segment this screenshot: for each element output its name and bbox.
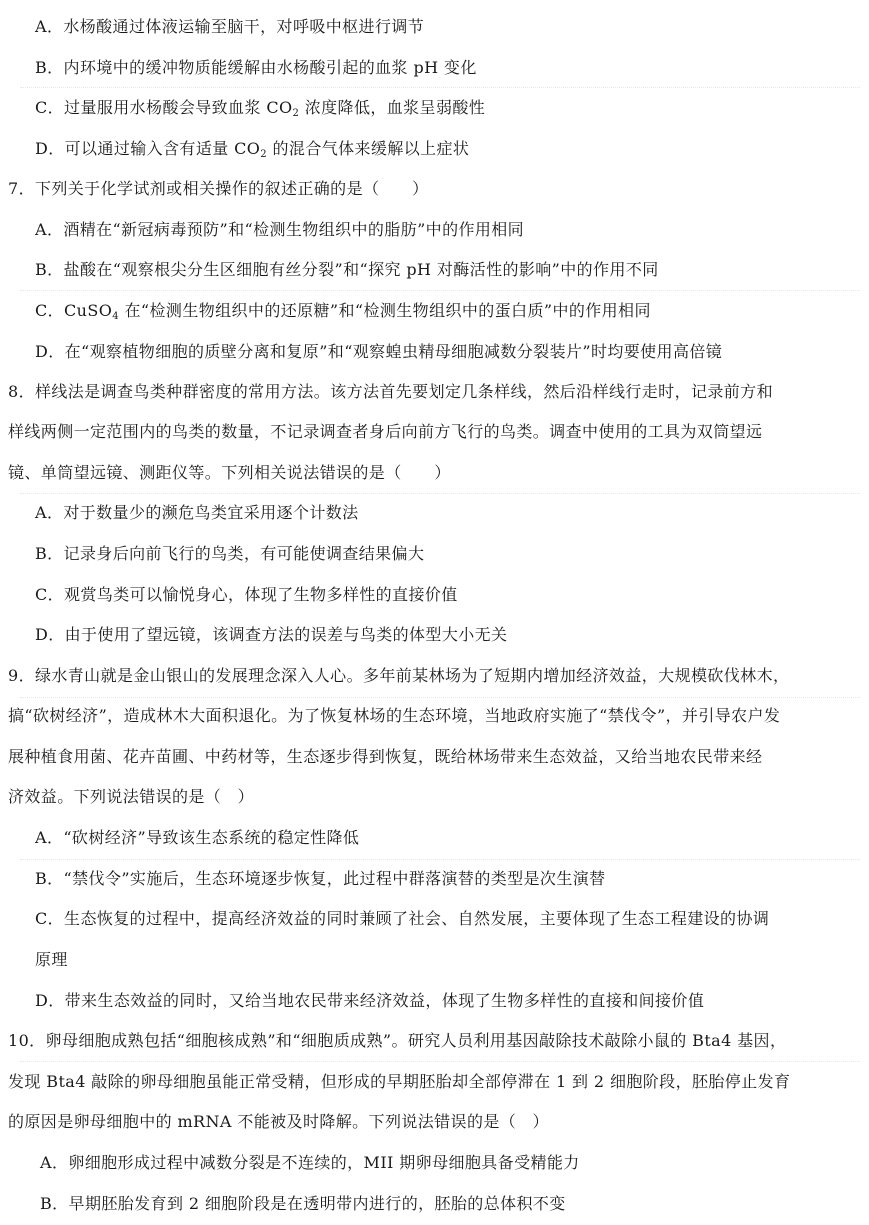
q6-option-b: B．内环境中的缓冲物质能缓解由水杨酸引起的血浆 pH 变化 bbox=[35, 58, 477, 78]
q6-option-c-text: 浓度降低，血浆呈弱酸性 bbox=[299, 98, 485, 117]
q9-option-b: B．“禁伐令”实施后，生态环境逐步恢复，此过程中群落演替的类型是次生演替 bbox=[35, 869, 606, 889]
q8-stem-line: 8．样线法是调查鸟类种群密度的常用方法。该方法首先要划定几条样线，然后沿样线行走… bbox=[8, 382, 773, 402]
q6-option-c: C．过量服用水杨酸会导致血浆 CO2 浓度降低，血浆呈弱酸性 bbox=[35, 98, 485, 118]
q7-option-b: B．盐酸在“观察根尖分生区细胞有丝分裂”和“探究 pH 对酶活性的影响”中的作用… bbox=[35, 260, 659, 280]
q10-stem-line: 发现 Bta4 敲除的卵母细胞虽能正常受精，但形成的早期胚胎却全部停滞在 1 到… bbox=[8, 1072, 790, 1092]
q8-option-a: A．对于数量少的濒危鸟类宜采用逐个计数法 bbox=[35, 503, 359, 523]
q9-option-c-continued: 原理 bbox=[35, 950, 68, 970]
q9-stem-line: 展种植食用菌、花卉苗圃、中药材等，生态逐步得到恢复，既给林场带来生态效益，又给当… bbox=[8, 747, 762, 767]
q9-option-c: C．生态恢复的过程中，提高经济效益的同时兼顾了社会、自然发展，主要体现了生态工程… bbox=[35, 909, 769, 929]
q9-stem-line: 搞“砍树经济”，造成林木大面积退化。为了恢复林场的生态环境，当地政府实施了“禁伐… bbox=[8, 706, 780, 726]
scan-separator bbox=[20, 1061, 860, 1062]
q7-option-c-text: C．CuSO bbox=[35, 301, 112, 320]
q8-option-d: D．由于使用了望远镜，该调查方法的误差与鸟类的体型大小无关 bbox=[35, 625, 507, 645]
scan-separator bbox=[20, 87, 860, 88]
scan-separator bbox=[20, 290, 860, 291]
q10-stem-line: 的原因是卵母细胞中的 mRNA 不能被及时降解。下列说法错误的是（ ） bbox=[8, 1112, 549, 1132]
q8-option-b: B．记录身后向前飞行的鸟类，有可能使调查结果偏大 bbox=[35, 544, 424, 564]
q8-stem-line: 样线两侧一定范围内的鸟类的数量，不记录调查者身后向前方飞行的鸟类。调查中使用的工… bbox=[8, 422, 762, 442]
q10-option-b: B．早期胚胎发育到 2 细胞阶段是在透明带内进行的，胚胎的总体积不变 bbox=[40, 1194, 566, 1214]
q6-option-d: D．可以通过输入含有适量 CO2 的混合气体来缓解以上症状 bbox=[35, 139, 469, 159]
q10-option-a: A．卵细胞形成过程中减数分裂是不连续的，MII 期卵母细胞具备受精能力 bbox=[40, 1153, 580, 1173]
q9-stem-line: 济效益。下列说法错误的是（ ） bbox=[8, 787, 254, 807]
q9-option-a: A．“砍树经济”导致该生态系统的稳定性降低 bbox=[35, 828, 359, 848]
q6-option-a: A．水杨酸通过体液运输至脑干，对呼吸中枢进行调节 bbox=[35, 17, 424, 37]
q6-option-d-text: 的混合气体来缓解以上症状 bbox=[267, 139, 469, 158]
scan-separator bbox=[20, 697, 860, 698]
q8-stem-line: 镜、单筒望远镜、测距仪等。下列相关说法错误的是（ ） bbox=[8, 463, 451, 483]
q8-option-c: C．观赏鸟类可以愉悦身心，体现了生物多样性的直接价值 bbox=[35, 585, 458, 605]
scan-separator bbox=[20, 493, 860, 494]
q9-option-d: D．带来生态效益的同时，又给当地农民带来经济效益，体现了生物多样性的直接和间接价… bbox=[35, 991, 704, 1011]
q7-option-a: A．酒精在“新冠病毒预防”和“检测生物组织中的脂肪”中的作用相同 bbox=[35, 220, 524, 240]
q6-option-c-text: C．过量服用水杨酸会导致血浆 CO bbox=[35, 98, 293, 117]
q7-option-d: D．在“观察植物细胞的质壁分离和复原”和“观察蝗虫精母细胞减数分裂装片”时均要使… bbox=[35, 342, 722, 362]
scan-separator bbox=[20, 859, 860, 860]
q9-stem-line: 9．绿水青山就是金山银山的发展理念深入人心。多年前某林场为了短期内增加经济效益，… bbox=[8, 666, 789, 686]
q7-option-c-text: 在“检测生物组织中的还原糖”和“检测生物组织中的蛋白质”中的作用相同 bbox=[119, 301, 651, 320]
q7-stem: 7．下列关于化学试剂或相关操作的叙述正确的是（ ） bbox=[8, 179, 429, 199]
q10-stem-line: 10．卵母细胞成熟包括“细胞核成熟”和“细胞质成熟”。研究人员利用基因敲除技术敲… bbox=[8, 1031, 786, 1051]
q6-option-d-text: D．可以通过输入含有适量 CO bbox=[35, 139, 260, 158]
q7-option-c: C．CuSO4 在“检测生物组织中的还原糖”和“检测生物组织中的蛋白质”中的作用… bbox=[35, 301, 651, 321]
